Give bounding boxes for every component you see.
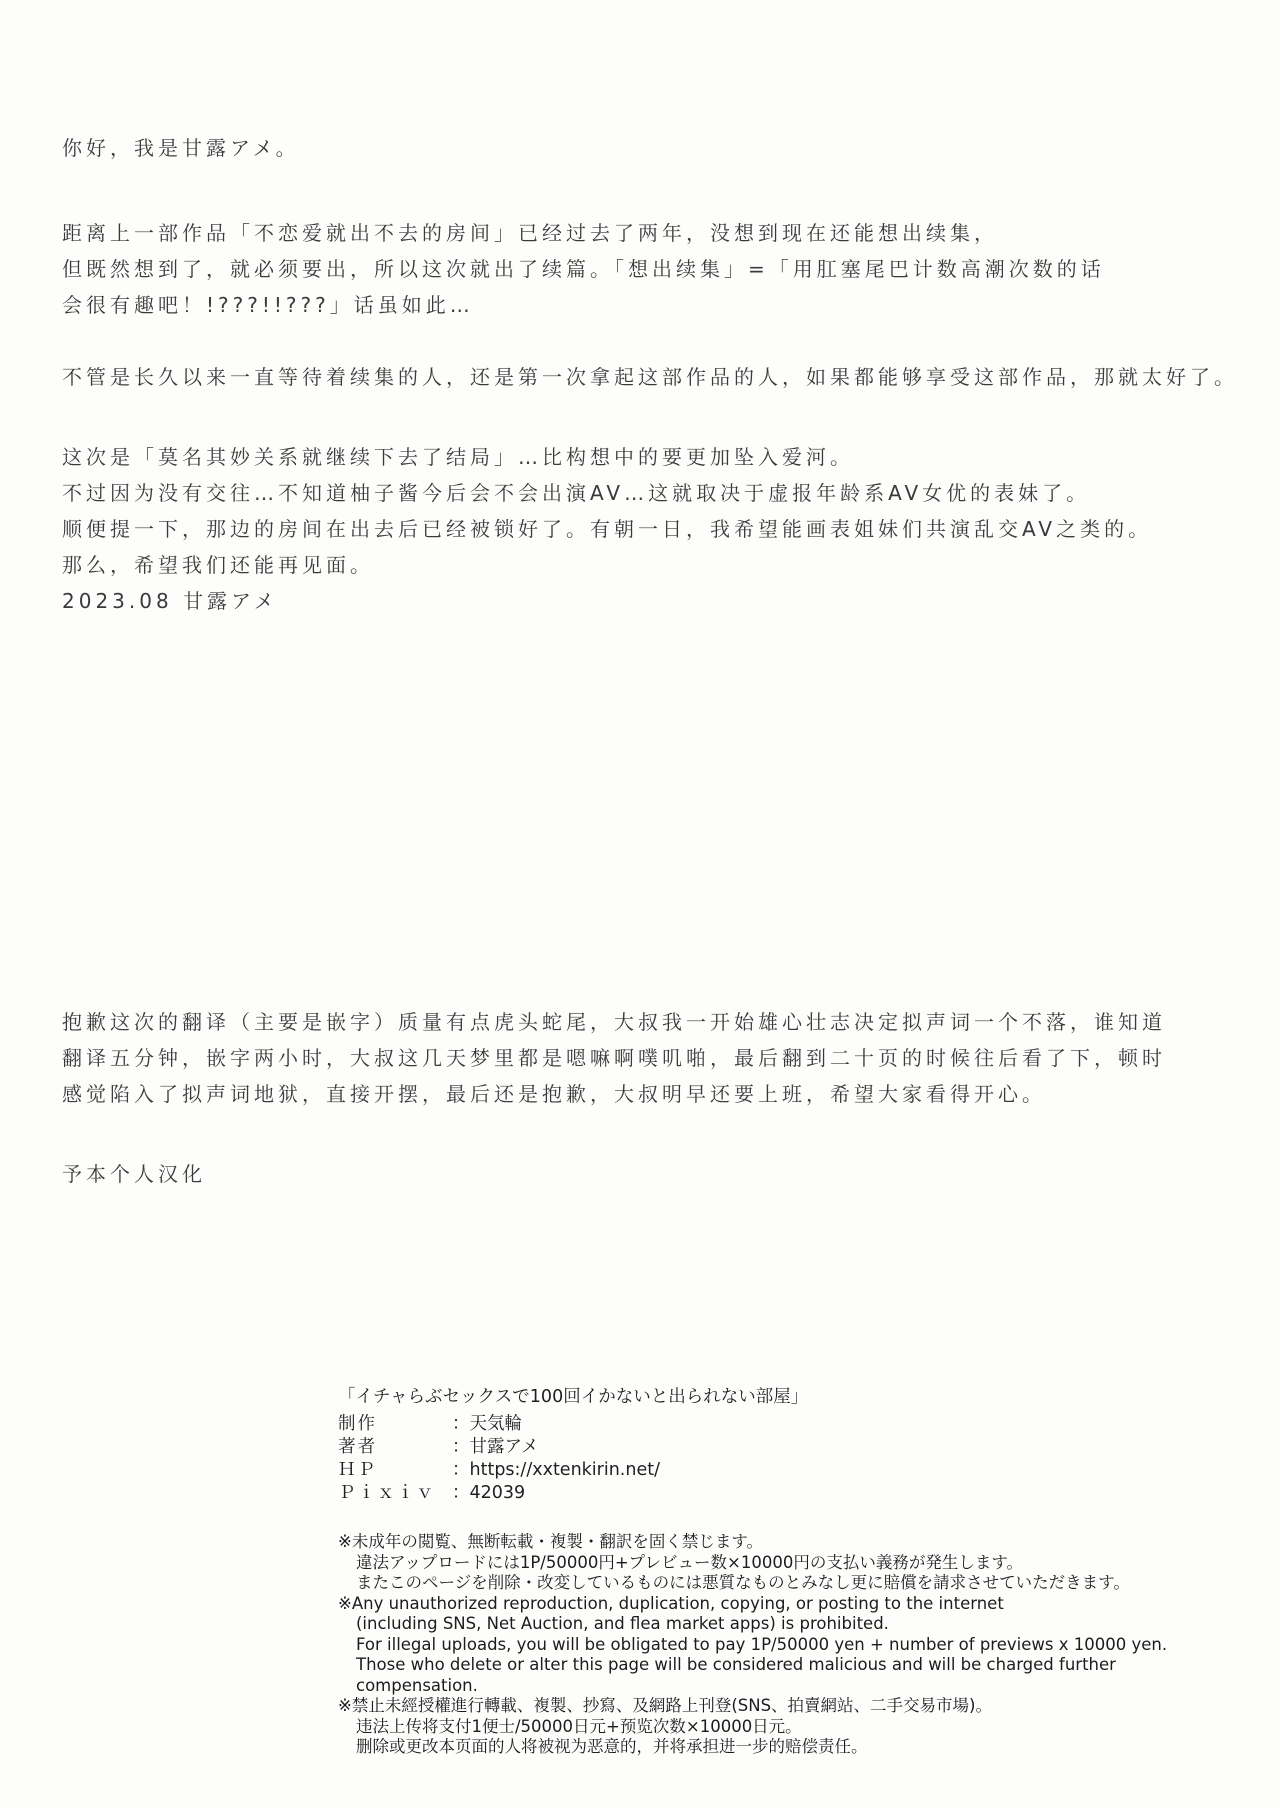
afterword-line: 不管是长久以来一直等待着续集的人，还是第一次拿起这部作品的人，如果都能够享受这部… (62, 359, 1257, 395)
credit-label: ＨＰ (338, 1459, 452, 1482)
credit-value: ：甘露アメ (452, 1436, 538, 1459)
afterword-line: 顺便提一下，那边的房间在出去后已经被锁好了。有朝一日，我希望能画表姐妹们共演乱交… (62, 511, 1257, 547)
credit-label: 著者 (338, 1436, 452, 1459)
credit-row-homepage: ＨＰ ：https://xxtenkirin.net/ (338, 1459, 808, 1482)
credit-label: Ｐｉｘｉｖ (338, 1482, 452, 1505)
legal-line-en: Those who delete or alter this page will… (338, 1655, 1238, 1696)
afterword-line: 会很有趣吧！!???!!???」话虽如此… (62, 287, 1257, 323)
credit-value-pixiv-id: ：42039 (452, 1482, 525, 1505)
signoff-date: 2023.08 甘露アメ (62, 583, 1257, 619)
legal-line-jp: またこのページを削除・改変しているものには悪質なものとみなし更に賠償を請求させて… (338, 1573, 1238, 1594)
translator-note-line: 抱歉这次的翻译（主要是嵌字）质量有点虎头蛇尾，大叔我一开始雄心壮志决定拟声词一个… (62, 1004, 1257, 1040)
legal-line-zh: ※禁止未經授權進行轉載、複製、抄寫、及網路上刊登(SNS、拍賣網站、二手交易市場… (338, 1696, 1238, 1717)
afterword-line: 那么，希望我们还能再见面。 (62, 547, 1257, 583)
legal-line-en: (including SNS, Net Auction, and flea ma… (338, 1614, 1238, 1635)
credit-label: 制作 (338, 1413, 452, 1436)
credit-value-url: ：https://xxtenkirin.net/ (452, 1459, 660, 1482)
legal-line-en: ※Any unauthorized reproduction, duplicat… (338, 1594, 1238, 1615)
translator-note-line: 感觉陷入了拟声词地狱，直接开摆，最后还是抱歉，大叔明早还要上班，希望大家看得开心… (62, 1076, 1257, 1112)
author-afterword: 你好，我是甘露アメ。 距离上一部作品「不恋爱就出不去的房间」已经过去了两年，没想… (62, 130, 1257, 619)
legal-line-zh: 删除或更改本页面的人将被视为恶意的，并将承担进一步的赔偿责任。 (338, 1737, 1238, 1758)
legal-line-zh: 违法上传将支付1便士/50000日元+预览次数×10000日元。 (338, 1717, 1238, 1738)
credit-value: ：天気輪 (452, 1413, 522, 1436)
translator-note-line: 翻译五分钟，嵌字两小时，大叔这几天梦里都是嗯嘛啊噗叽啪，最后翻到二十页的时候往后… (62, 1040, 1257, 1076)
legal-notice: ※未成年の閲覧、無断転載・複製・翻訳を固く禁じます。 違法アップロードには1P/… (338, 1532, 1238, 1758)
legal-line-en: For illegal uploads, you will be obligat… (338, 1635, 1238, 1656)
credit-row-author: 著者 ：甘露アメ (338, 1436, 808, 1459)
scanlation-group: 予本个人汉化 (62, 1156, 1257, 1192)
afterword-line: 这次是「莫名其妙关系就继续下去了结局」…比构想中的要更加坠入爱河。 (62, 439, 1257, 475)
afterword-line: 距离上一部作品「不恋爱就出不去的房间」已经过去了两年，没想到现在还能想出续集， (62, 215, 1257, 251)
book-title: 「イチャらぶセックスで100回イかないと出られない部屋」 (338, 1386, 808, 1409)
legal-line-jp: 違法アップロードには1P/50000円+プレビュー数×10000円の支払い義務が… (338, 1553, 1238, 1574)
credit-row-producer: 制作 ：天気輪 (338, 1413, 808, 1436)
legal-line-jp: ※未成年の閲覧、無断転載・複製・翻訳を固く禁じます。 (338, 1532, 1238, 1553)
translator-note: 抱歉这次的翻译（主要是嵌字）质量有点虎头蛇尾，大叔我一开始雄心壮志决定拟声词一个… (62, 1004, 1257, 1192)
greeting-line: 你好，我是甘露アメ。 (62, 130, 1257, 166)
credits-block: 「イチャらぶセックスで100回イかないと出られない部屋」 制作 ：天気輪 著者 … (338, 1386, 808, 1505)
afterword-line: 不过因为没有交往…不知道柚子酱今后会不会出演AV…这就取决于虚报年龄系AV女优的… (62, 475, 1257, 511)
scanned-afterword-page: 你好，我是甘露アメ。 距离上一部作品「不恋爱就出不去的房间」已经过去了两年，没想… (0, 0, 1280, 1808)
credit-row-pixiv: Ｐｉｘｉｖ ：42039 (338, 1482, 808, 1505)
afterword-line: 但既然想到了，就必须要出，所以这次就出了续篇。「想出续集」=「用肛塞尾巴计数高潮… (62, 251, 1257, 287)
